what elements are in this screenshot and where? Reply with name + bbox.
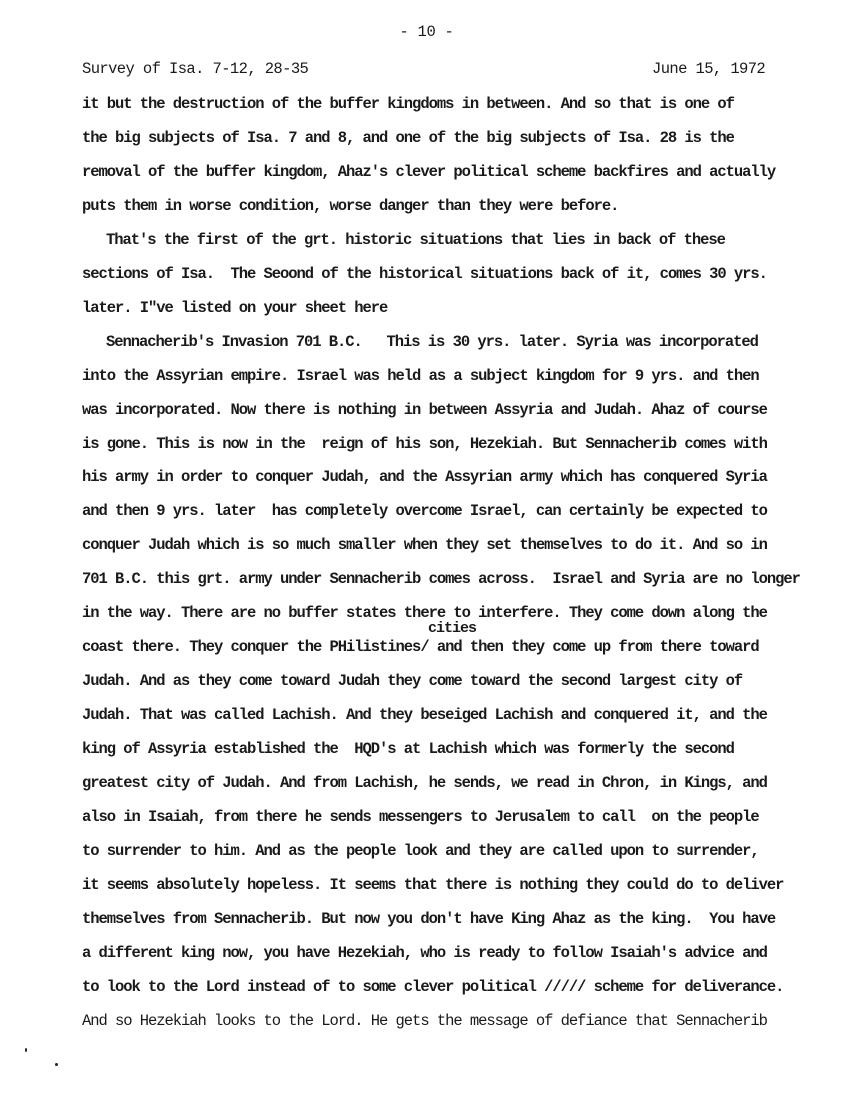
page-number: - 10 - — [0, 23, 853, 41]
text-line: it but the destruction of the buffer kin… — [82, 95, 734, 113]
text-line: removal of the buffer kingdom, Ahaz's cl… — [82, 163, 775, 181]
text-line: greatest city of Judah. And from Lachish… — [82, 774, 767, 792]
text-line: And so Hezekiah looks to the Lord. He ge… — [82, 1012, 767, 1030]
paragraph-start-line: That's the first of the grt. historic si… — [106, 231, 725, 249]
text-line: conquer Judah which is so much smaller w… — [82, 536, 767, 554]
text-line: into the Assyrian empire. Israel was hel… — [82, 367, 759, 385]
text-line: sections of Isa. The Seoond of the histo… — [82, 265, 767, 283]
text-line: and then 9 yrs. later has completely ove… — [82, 502, 767, 520]
text-line: is gone. This is now in the reign of his… — [82, 435, 767, 453]
text-line: to surrender to him. And as the people l… — [82, 842, 759, 860]
text-line: his army in order to conquer Judah, and … — [82, 468, 767, 486]
scan-speck — [25, 1048, 27, 1052]
section-heading-line: Sennacherib's Invasion 701 B.C. This is … — [106, 333, 758, 351]
text-line: it seems absolutely hopeless. It seems t… — [82, 876, 783, 894]
text-line: coast there. They conquer the PHilistine… — [82, 638, 759, 656]
text-line: king of Assyria established the HQD's at… — [82, 740, 734, 758]
text-line: later. I"ve listed on your sheet here — [82, 299, 387, 317]
scan-speck — [55, 1063, 58, 1066]
document-date: June 15, 1972 — [652, 60, 765, 78]
text-line: the big subjects of Isa. 7 and 8, and on… — [82, 129, 734, 147]
document-title: Survey of Isa. 7-12, 28-35 — [82, 60, 308, 78]
text-line: to look to the Lord instead of to some c… — [82, 978, 783, 996]
text-line: Judah. And as they come toward Judah the… — [82, 672, 742, 690]
text-line: 701 B.C. this grt. army under Sennacheri… — [82, 570, 800, 588]
text-line: in the way. There are no buffer states t… — [82, 604, 767, 622]
text-line: Judah. That was called Lachish. And they… — [82, 706, 767, 724]
text-line: also in Isaiah, from there he sends mess… — [82, 808, 759, 826]
text-line: was incorporated. Now there is nothing i… — [82, 401, 767, 419]
text-line: puts them in worse condition, worse dang… — [82, 197, 618, 215]
text-line: themselves from Sennacherib. But now you… — [82, 910, 775, 928]
handwritten-insertion: cities — [428, 620, 476, 637]
text-line: a different king now, you have Hezekiah,… — [82, 944, 767, 962]
